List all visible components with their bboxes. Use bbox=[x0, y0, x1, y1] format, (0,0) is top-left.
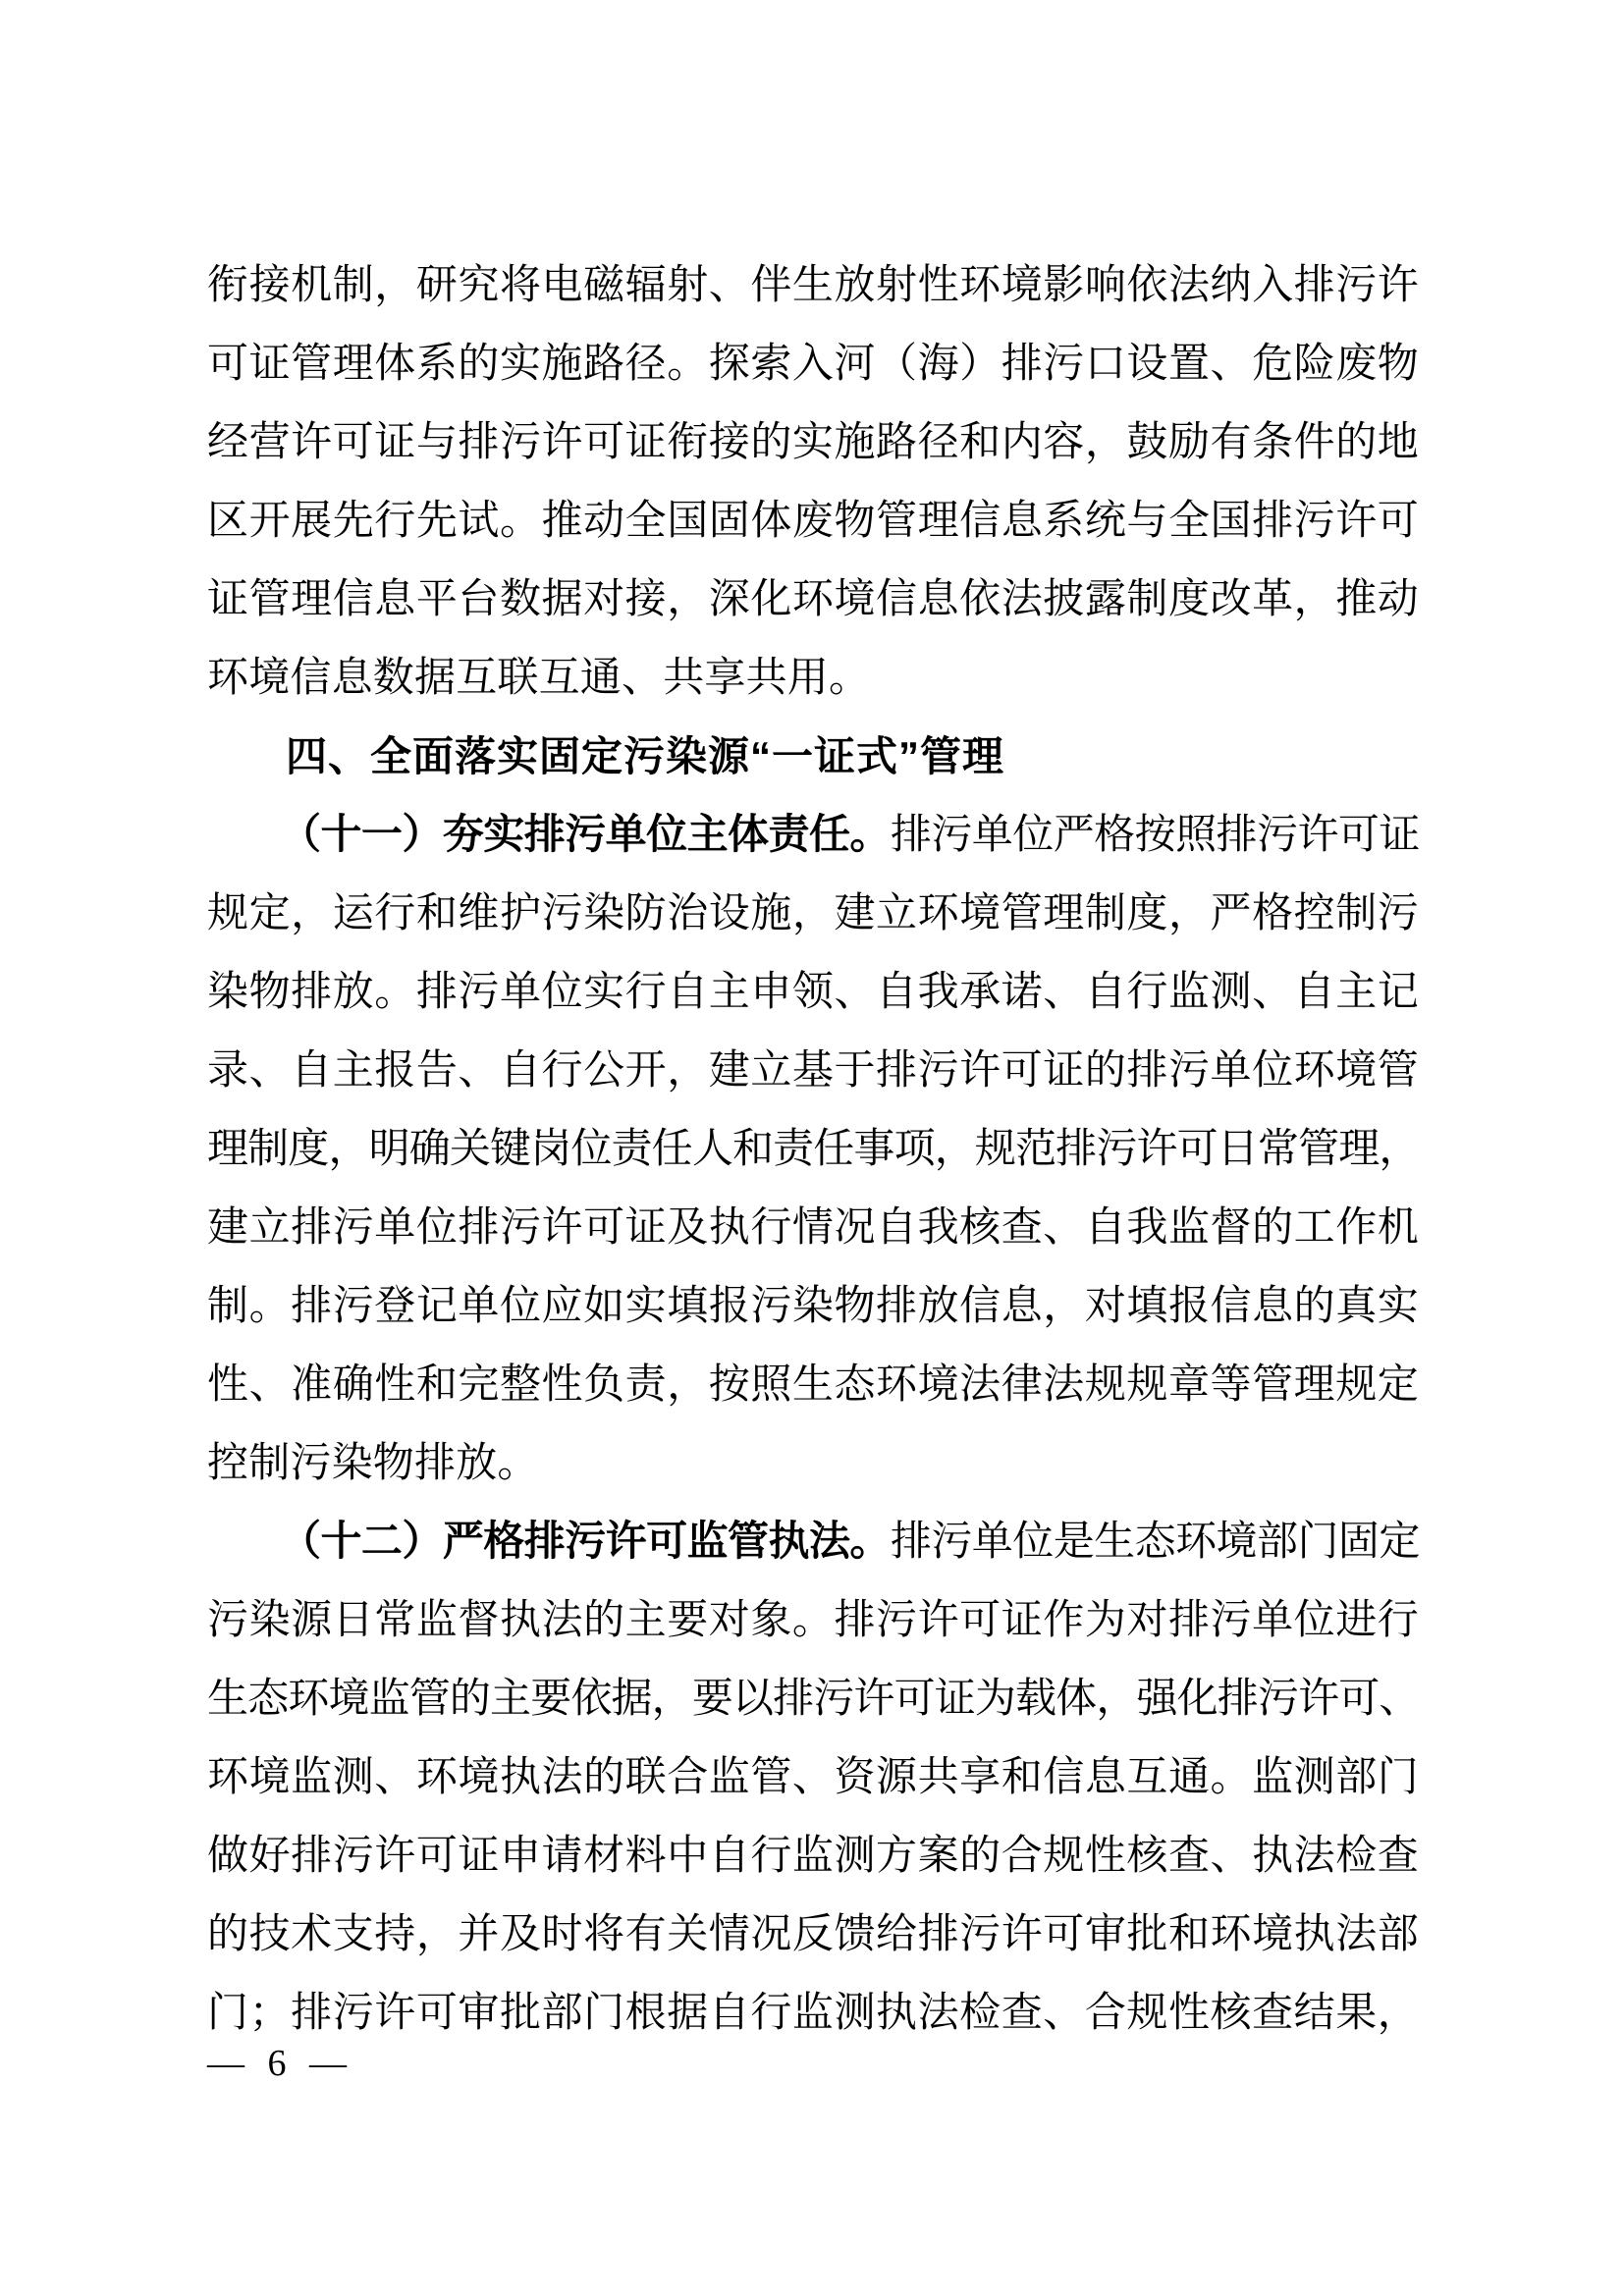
section-heading: 四、全面落实固定污染源“一证式”管理 bbox=[207, 718, 1419, 796]
text-line: 理制度，明确关键岗位责任人和责任事项，规范排污许可日常管理， bbox=[207, 1110, 1419, 1189]
text-line: 做好排污许可证申请材料中自行监测方案的合规性核查、执法检查 bbox=[207, 1817, 1419, 1896]
text-line: 可证管理体系的实施路径。探索入河（海）排污口设置、危险废物 bbox=[207, 325, 1419, 403]
document-text-block: 衔接机制，研究将电磁辐射、伴生放射性环境影响依法纳入排污许 可证管理体系的实施路… bbox=[207, 246, 1419, 2053]
text-line: 经营许可证与排污许可证衔接的实施路径和内容，鼓励有条件的地 bbox=[207, 403, 1419, 482]
text-line: 性、准确性和完整性负责，按照生态环境法律法规规章等管理规定 bbox=[207, 1346, 1419, 1424]
paragraph-lead-line: （十二）严格排污许可监管执法。排污单位是生态环境部门固定 bbox=[207, 1503, 1419, 1581]
paragraph-lead-line: （十一）夯实排污单位主体责任。排污单位严格按照排污许可证 bbox=[207, 796, 1419, 875]
text-line: 衔接机制，研究将电磁辐射、伴生放射性环境影响依法纳入排污许 bbox=[207, 246, 1419, 325]
text-line: 录、自主报告、自行公开，建立基于排污许可证的排污单位环境管 bbox=[207, 1032, 1419, 1110]
text-line: 的技术支持，并及时将有关情况反馈给排污许可审批和环境执法部 bbox=[207, 1896, 1419, 1974]
text-line: 规定，运行和维护污染防治设施，建立环境管理制度，严格控制污 bbox=[207, 875, 1419, 953]
text-line: 污染源日常监督执法的主要对象。排污许可证作为对排污单位进行 bbox=[207, 1581, 1419, 1660]
text-line: 染物排放。排污单位实行自主申领、自我承诺、自行监测、自主记 bbox=[207, 953, 1419, 1032]
line-text: 排污单位严格按照排污许可证 bbox=[891, 813, 1419, 858]
text-line: 证管理信息平台数据对接，深化环境信息依法披露制度改革，推动 bbox=[207, 561, 1419, 639]
text-line: 制。排污登记单位应如实填报污染物排放信息，对填报信息的真实 bbox=[207, 1267, 1419, 1346]
page-number: — 6 — bbox=[207, 2042, 353, 2085]
text-line: 生态环境监管的主要依据，要以排污许可证为载体，强化排污许可、 bbox=[207, 1660, 1419, 1738]
document-page: 衔接机制，研究将电磁辐射、伴生放射性环境影响依法纳入排污许 可证管理体系的实施路… bbox=[0, 0, 1624, 2296]
text-line: 建立排污单位排污许可证及执行情况自我核查、自我监督的工作机 bbox=[207, 1189, 1419, 1267]
line-text: 排污单位是生态环境部门固定 bbox=[891, 1520, 1419, 1565]
text-line: 门；排污许可审批部门根据自行监测执法检查、合规性核查结果， bbox=[207, 1974, 1419, 2053]
text-line: 环境信息数据互联互通、共享共用。 bbox=[207, 639, 1419, 718]
paragraph-lead: （十一）夯实排污单位主体责任。 bbox=[280, 813, 891, 858]
text-line: 环境监测、环境执法的联合监管、资源共享和信息互通。监测部门 bbox=[207, 1738, 1419, 1817]
text-line: 区开展先行先试。推动全国固体废物管理信息系统与全国排污许可 bbox=[207, 482, 1419, 561]
text-line: 控制污染物排放。 bbox=[207, 1424, 1419, 1503]
paragraph-lead: （十二）严格排污许可监管执法。 bbox=[280, 1520, 891, 1565]
